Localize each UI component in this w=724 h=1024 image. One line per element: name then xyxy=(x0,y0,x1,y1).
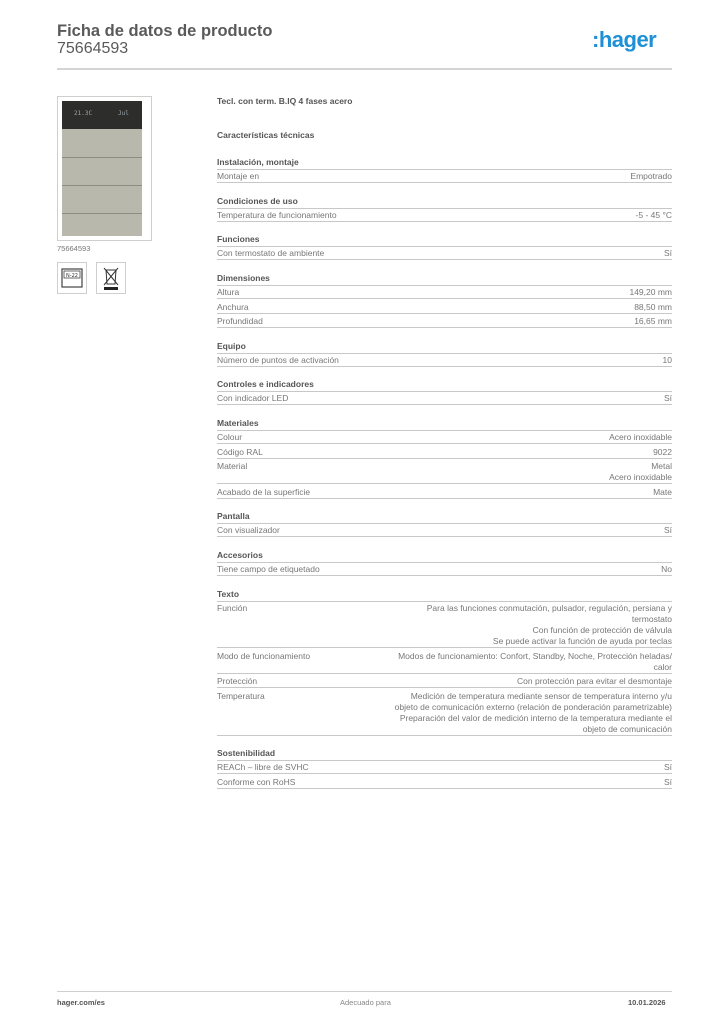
spec-value-line: -5 - 45 °C xyxy=(636,210,672,221)
spec-value-line: Acero inoxidable xyxy=(609,432,672,443)
spec-row: Con termostato de ambienteSí xyxy=(217,248,672,260)
spec-value-line: Sí xyxy=(664,762,672,773)
spec-row: FunciónPara las funciones conmutación, p… xyxy=(217,603,672,648)
section-title: Dimensiones xyxy=(217,272,672,286)
device-display: 21.3C Jul xyxy=(62,101,142,129)
spec-value-line: Sí xyxy=(664,525,672,536)
product-code-caption: 75664593 xyxy=(57,244,90,253)
spec-value-line: Preparación del valor de medición intern… xyxy=(342,713,672,724)
spec-value: Sí xyxy=(664,777,672,788)
spec-label: Anchura xyxy=(217,302,249,313)
spec-row: Número de puntos de activación10 xyxy=(217,355,672,367)
spec-row: Profundidad16,65 mm xyxy=(217,316,672,328)
spec-value: Sí xyxy=(664,762,672,773)
spec-row: Modo de funcionamientoModos de funcionam… xyxy=(217,651,672,674)
spec-value-line: Empotrado xyxy=(630,171,672,182)
spec-row: MaterialMetalAcero inoxidable xyxy=(217,461,672,484)
spec-row: Anchura88,50 mm xyxy=(217,302,672,314)
spec-value-line: Con protección para evitar el desmontaje xyxy=(517,676,672,687)
spec-label: Modo de funcionamiento xyxy=(217,651,310,673)
spec-value: Sí xyxy=(664,525,672,536)
spec-value-line: 10 xyxy=(663,355,672,366)
spec-value: Sí xyxy=(664,393,672,404)
spec-label: Tiene campo de etiquetado xyxy=(217,564,320,575)
key-divider xyxy=(62,185,142,186)
section-title: Materiales xyxy=(217,417,672,431)
spec-row: ColourAcero inoxidable xyxy=(217,432,672,444)
spec-value-line: Sí xyxy=(664,248,672,259)
section-title: Funciones xyxy=(217,233,672,247)
spec-value-line: Para las funciones conmutación, pulsador… xyxy=(342,603,672,614)
spec-value: 149,20 mm xyxy=(629,287,672,298)
spec-value-line: Se puede activar la función de ayuda por… xyxy=(342,636,672,647)
spec-value-line: Con función de protección de válvula xyxy=(342,625,672,636)
spec-value-line: Metal xyxy=(609,461,672,472)
spec-value-line: Acero inoxidable xyxy=(609,472,672,483)
spec-value-line: Sí xyxy=(664,777,672,788)
spec-value-line: No xyxy=(661,564,672,575)
device-illustration: 21.3C Jul xyxy=(62,101,142,236)
spec-value: 10 xyxy=(663,355,672,366)
spec-value: 88,50 mm xyxy=(634,302,672,313)
spec-value: Acero inoxidable xyxy=(609,432,672,443)
spec-value: Modos de funcionamiento: Confort, Standb… xyxy=(342,651,672,673)
footer-date: 10.01.2026 xyxy=(628,998,666,1007)
spec-value: Empotrado xyxy=(630,171,672,182)
spec-row: Temperatura de funcionamiento-5 - 45 °C xyxy=(217,210,672,222)
spec-label: Número de puntos de activación xyxy=(217,355,339,366)
tech-characteristics-title: Características técnicas xyxy=(217,130,314,140)
spec-value: 9022 xyxy=(653,447,672,458)
spec-label: Temperatura de funcionamiento xyxy=(217,210,337,221)
spec-value: 16,65 mm xyxy=(634,316,672,327)
display-text-right: Jul xyxy=(118,110,129,117)
section-title: Pantalla xyxy=(217,510,672,524)
spec-value: MetalAcero inoxidable xyxy=(609,461,672,483)
spec-label: Altura xyxy=(217,287,239,298)
spec-label: Profundidad xyxy=(217,316,263,327)
footer-middle-text: Adecuado para xyxy=(340,998,391,1007)
product-image: 21.3C Jul xyxy=(57,96,152,241)
spec-row: REACh – libre de SVHCSí xyxy=(217,762,672,774)
spec-value-line: Medición de temperatura mediante sensor … xyxy=(342,691,672,702)
spec-label: Colour xyxy=(217,432,242,443)
section-title: Accesorios xyxy=(217,549,672,563)
spec-value: -5 - 45 °C xyxy=(636,210,672,221)
key-divider xyxy=(62,213,142,214)
spec-value-line: calor xyxy=(342,662,672,673)
spec-value: Mate xyxy=(653,487,672,498)
spec-row: Acabado de la superficieMate xyxy=(217,487,672,499)
section-title: Texto xyxy=(217,588,672,602)
section-title: Controles e indicadores xyxy=(217,378,672,392)
spec-value-line: Sí xyxy=(664,393,672,404)
footer-divider xyxy=(57,991,672,992)
spec-label: Con indicador LED xyxy=(217,393,288,404)
spec-value-line: Mate xyxy=(653,487,672,498)
spec-value: Medición de temperatura mediante sensor … xyxy=(342,691,672,735)
section-title: Condiciones de uso xyxy=(217,195,672,209)
spec-label: REACh – libre de SVHC xyxy=(217,762,309,773)
spec-row: Con indicador LEDSí xyxy=(217,393,672,405)
svg-text:N-22: N-22 xyxy=(66,273,78,279)
spec-value: Para las funciones conmutación, pulsador… xyxy=(342,603,672,647)
spec-value-line: objeto de comunicación externo (relación… xyxy=(342,702,672,713)
product-name: Tecl. con term. B.IQ 4 fases acero xyxy=(217,96,352,106)
spec-row: Altura149,20 mm xyxy=(217,287,672,299)
spec-row: ProtecciónCon protección para evitar el … xyxy=(217,676,672,688)
spec-label: Montaje en xyxy=(217,171,259,182)
display-text-left: 21.3C xyxy=(74,110,92,117)
product-number: 75664593 xyxy=(57,40,128,57)
spec-value: Con protección para evitar el desmontaje xyxy=(517,676,672,687)
spec-label: Acabado de la superficie xyxy=(217,487,310,498)
spec-value: No xyxy=(661,564,672,575)
spec-label: Protección xyxy=(217,676,257,687)
spec-row: Código RAL9022 xyxy=(217,447,672,459)
key-divider xyxy=(62,157,142,158)
header-divider xyxy=(57,68,672,70)
spec-label: Conforme con RoHS xyxy=(217,777,295,788)
spec-label: Con visualizador xyxy=(217,525,280,536)
section-title: Sostenibilidad xyxy=(217,747,672,761)
spec-value-line: 149,20 mm xyxy=(629,287,672,298)
spec-value-line: 9022 xyxy=(653,447,672,458)
section-title: Instalación, montaje xyxy=(217,156,672,170)
section-title: Equipo xyxy=(217,340,672,354)
spec-value-line: Modos de funcionamiento: Confort, Standb… xyxy=(342,651,672,662)
spec-label: Función xyxy=(217,603,247,647)
weee-crossed-bin-icon xyxy=(96,262,126,294)
spec-value-line: 16,65 mm xyxy=(634,316,672,327)
spec-row: Conforme con RoHSSí xyxy=(217,777,672,789)
spec-label: Temperatura xyxy=(217,691,265,735)
spec-label: Código RAL xyxy=(217,447,263,458)
spec-label: Con termostato de ambiente xyxy=(217,248,324,259)
spec-value-line: objeto de comunicación xyxy=(342,724,672,735)
spec-row: Tiene campo de etiquetadoNo xyxy=(217,564,672,576)
spec-row: TemperaturaMedición de temperatura media… xyxy=(217,691,672,736)
n-22-certification-icon: N-22 xyxy=(57,262,87,294)
spec-row: Montaje enEmpotrado xyxy=(217,171,672,183)
spec-value-line: 88,50 mm xyxy=(634,302,672,313)
spec-value-line: termostato xyxy=(342,614,672,625)
spec-value: Sí xyxy=(664,248,672,259)
page-title: Ficha de datos de producto xyxy=(57,22,272,40)
spec-row: Con visualizadorSí xyxy=(217,525,672,537)
spec-label: Material xyxy=(217,461,247,483)
hager-logo: :hager xyxy=(592,28,656,52)
footer-website-link[interactable]: hager.com/es xyxy=(57,998,105,1007)
